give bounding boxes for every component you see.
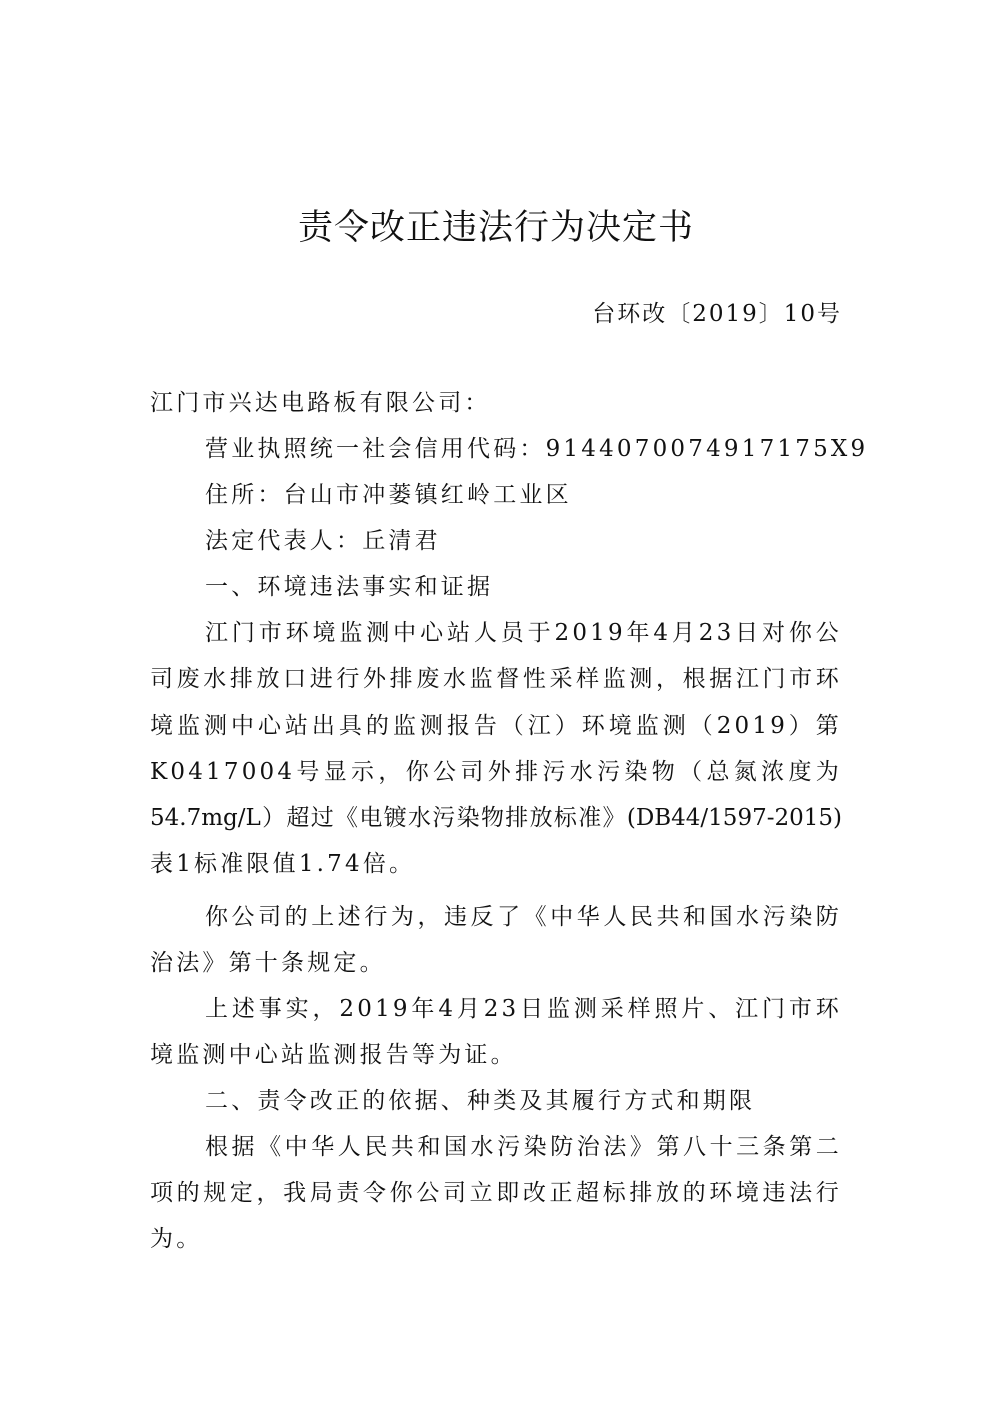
paragraph-line: 项的规定，我局责令你公司立即改正超标排放的环境违法行 <box>150 1173 842 1213</box>
paragraph-line: 治法》第十条规定。 <box>150 943 842 983</box>
recipient-line: 江门市兴达电路板有限公司： <box>150 383 842 423</box>
credit-code-line: 营业执照统一社会信用代码：9144070074917175X9 <box>205 429 842 469</box>
paragraph-line: K0417004号显示，你公司外排污水污染物（总氮浓度为 <box>150 752 842 792</box>
paragraph-line: 司废水排放口进行外排废水监督性采样监测，根据江门市环 <box>150 659 842 699</box>
legal-representative-line: 法定代表人：丘清君 <box>205 521 842 561</box>
section1-heading: 一、环境违法事实和证据 <box>205 567 842 607</box>
address-line: 住所：台山市冲蒌镇红岭工业区 <box>205 475 842 515</box>
paragraph-line: 江门市环境监测中心站人员于2019年4月23日对你公 <box>205 613 842 653</box>
document-page: 责令改正违法行为决定书 台环改〔2019〕10号 江门市兴达电路板有限公司： 营… <box>0 0 992 1403</box>
paragraph-line: 根据《中华人民共和国水污染防治法》第八十三条第二 <box>205 1127 842 1167</box>
paragraph-line: 你公司的上述行为，违反了《中华人民共和国水污染防 <box>205 897 842 937</box>
paragraph-line: 境监测中心站监测报告等为证。 <box>150 1035 842 1075</box>
paragraph-line: 上述事实，2019年4月23日监测采样照片、江门市环 <box>205 989 842 1029</box>
paragraph-line: 境监测中心站出具的监测报告（江）环境监测（2019）第 <box>150 706 842 746</box>
document-number: 台环改〔2019〕10号 <box>592 294 842 334</box>
paragraph-line: 表1标准限值1.74倍。 <box>150 844 842 884</box>
paragraph-line: 为。 <box>150 1219 842 1259</box>
paragraph-line: 54.7mg/L）超过《电镀水污染物排放标准》(DB44/1597-2015) <box>150 798 842 838</box>
document-title: 责令改正违法行为决定书 <box>0 203 992 253</box>
section2-heading: 二、责令改正的依据、种类及其履行方式和期限 <box>205 1081 842 1121</box>
